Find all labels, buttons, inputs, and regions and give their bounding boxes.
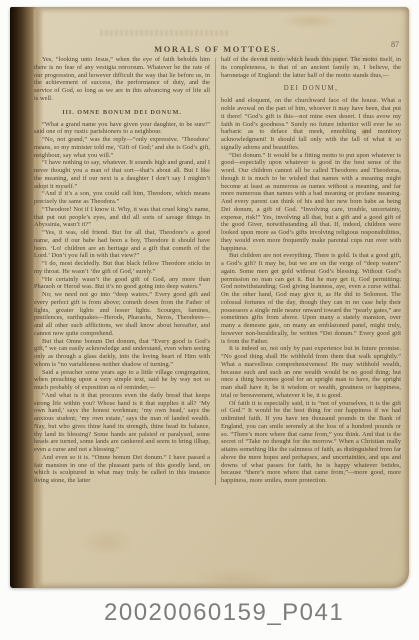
two-column-layout: Yes, “looking unto Jesus,” when the eye … xyxy=(34,56,401,485)
paragraph: “Yes, it was, old friend. But for all th… xyxy=(34,229,210,260)
paragraph: But children are not everything. There i… xyxy=(221,252,401,345)
book-page: MORALS OF MOTTOES. 87 Yes, “looking unto… xyxy=(10,7,409,588)
paragraph: “What a grand name you have given your d… xyxy=(34,121,210,137)
page-number: 87 xyxy=(391,40,399,49)
paragraph: “Theodore! Not if I know it. Why, it was… xyxy=(34,206,210,229)
paragraph: “No, not grand,” was the reply—“only exp… xyxy=(34,136,210,159)
paragraph: “I do, most decidedly. But that black fe… xyxy=(34,260,210,276)
showthrough-ghost-text xyxy=(100,30,230,36)
paragraph: It is indeed so, not only by past experi… xyxy=(221,345,401,399)
printed-text-block: MORALS OF MOTTOES. 87 Yes, “looking unto… xyxy=(34,39,401,485)
paragraph: “He certainly wasn’t the good gift of Go… xyxy=(34,276,210,292)
paragraph: bold and eloquent, on the churchward fac… xyxy=(221,97,401,151)
paragraph: Said a preacher some years ago to a litt… xyxy=(34,369,210,392)
running-title: MORALS OF MOTTOES. xyxy=(154,44,281,54)
page-header: MORALS OF MOTTOES. 87 xyxy=(34,39,401,51)
paragraph: But that Omne bonum Dei donum, that “Eve… xyxy=(34,338,210,369)
paper-stain xyxy=(280,13,340,29)
paper-stain xyxy=(190,567,280,591)
paragraph: “I have nothing to say, whatever. It sou… xyxy=(34,159,210,190)
paper-stain xyxy=(80,527,135,557)
column-divider-rule xyxy=(215,58,216,485)
section-heading: III. OMNE BONUM DEI DONUM. xyxy=(34,109,210,116)
paragraph: “And what is it that procures even the d… xyxy=(34,392,210,454)
paragraph: Yes, “looking unto Jesus,” when the eye … xyxy=(34,56,210,103)
paragraph: “And if it’s a son, you could call him, … xyxy=(34,190,210,206)
left-column: Yes, “looking unto Jesus,” when the eye … xyxy=(34,56,210,485)
paragraph: And even so it is. “Omne bonum Dei donum… xyxy=(34,454,210,485)
paragraph: half of the devout motto which heads thi… xyxy=(221,56,401,79)
paragraph: Of faith it is especially said, it is “n… xyxy=(221,400,401,485)
scan-id-label: 20020060159_P041 xyxy=(104,599,344,627)
motto-line: DEI DONUM, xyxy=(221,85,401,92)
right-column: half of the devout motto which heads thi… xyxy=(221,56,401,485)
paragraph: No; we need not go into “deep waters.” E… xyxy=(34,291,210,338)
paragraph: “Dei donum.” It would be a fitting motto… xyxy=(221,152,401,253)
